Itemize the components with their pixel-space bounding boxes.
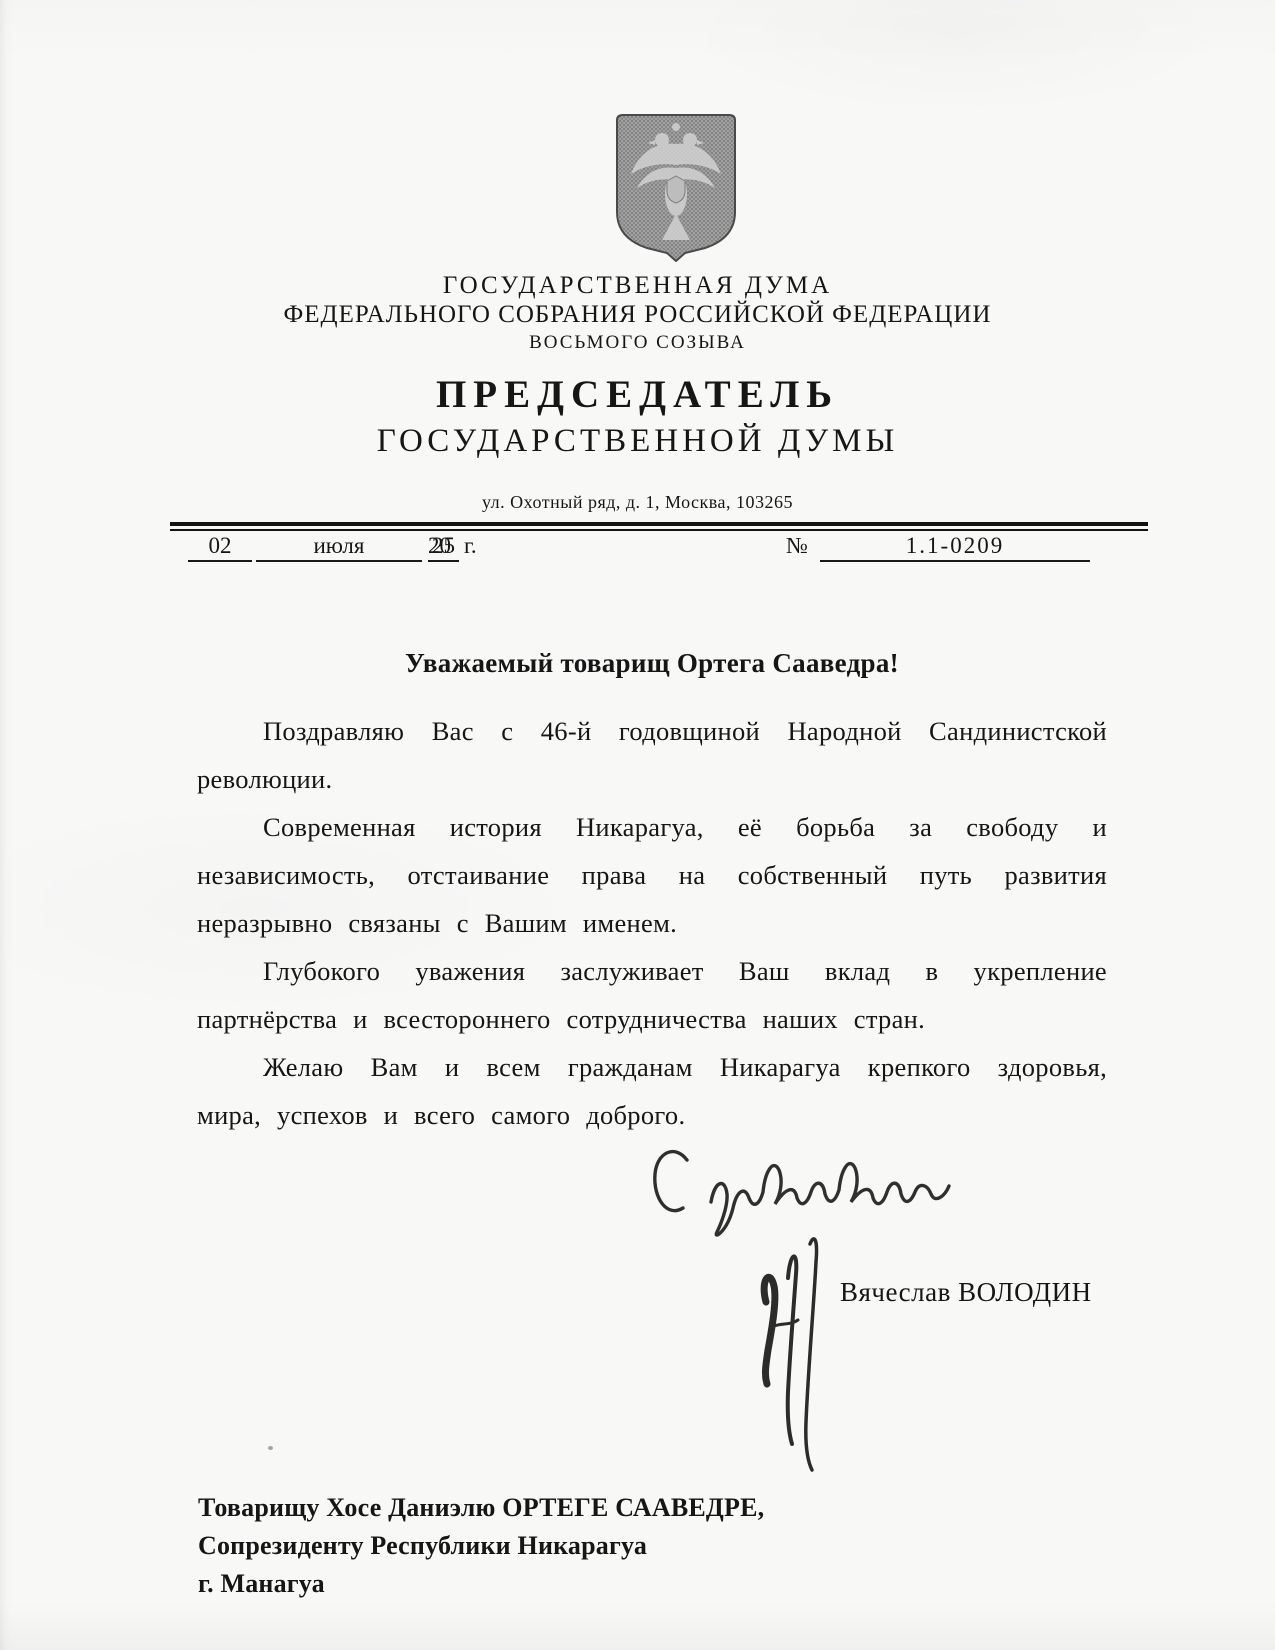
- date-month: июля: [256, 533, 422, 562]
- recipient-line1: Товарищу Хосе Даниэлю ОРТЕГЕ СААВЕДРЕ,: [198, 1489, 764, 1527]
- letter-body: Уважаемый товарищ Ортега Сааведра! Поздр…: [197, 648, 1107, 1139]
- date-year-label: г.: [464, 533, 477, 559]
- outgoing-number: 1.1-0209: [820, 533, 1090, 562]
- paragraph-3: Глубокого уважения заслуживает Ваш вклад…: [197, 947, 1107, 1043]
- paragraph-4: Желаю Вам и всем гражданам Никарагуа кре…: [197, 1043, 1107, 1139]
- coat-of-arms-emblem: [607, 112, 745, 262]
- office-title-line2: ГОСУДАРСТВЕННОЙ ДУМЫ: [0, 423, 1275, 460]
- signature-strokes-icon: [742, 1232, 837, 1477]
- date-year-group: 2025г.: [428, 533, 477, 562]
- salutation: Уважаемый товарищ Ортега Сааведра!: [197, 648, 1107, 679]
- scan-speck-artifact: [268, 1446, 273, 1450]
- org-convocation-line: ВОСЬМОГО СОЗЫВА: [0, 332, 1275, 354]
- recipient-line3: г. Манагуа: [198, 1565, 764, 1603]
- signer-name: Вячеслав ВОЛОДИН: [840, 1277, 1092, 1308]
- paragraph-1: Поздравляю Вас с 46-й годовщиной Народно…: [197, 707, 1107, 803]
- org-name-line2: ФЕДЕРАЛЬНОГО СОБРАНИЯ РОССИЙСКОЙ ФЕДЕРАЦ…: [0, 301, 1275, 329]
- recipient-block: Товарищу Хосе Даниэлю ОРТЕГЕ СААВЕДРЕ, С…: [198, 1489, 764, 1603]
- scanned-letter-page: ГОСУДАРСТВЕННАЯ ДУМА ФЕДЕРАЛЬНОГО СОБРАН…: [0, 0, 1275, 1650]
- signature-autograph: [742, 1232, 837, 1477]
- letterhead-divider-rule: [170, 522, 1148, 531]
- double-headed-eagle-shield-icon: [607, 112, 745, 262]
- paragraph-2: Современная история Никарагуа, её борьба…: [197, 803, 1107, 947]
- handwritten-closing: [535, 1142, 965, 1242]
- letterhead-address: ул. Охотный ряд, д. 1, Москва, 103265: [0, 492, 1275, 513]
- org-name-line1: ГОСУДАРСТВЕННАЯ ДУМА: [0, 272, 1275, 300]
- office-title-line1: ПРЕДСЕДАТЕЛЬ: [0, 372, 1275, 417]
- date-year-prefix: 20: [428, 533, 451, 559]
- date-day: 02: [188, 533, 252, 562]
- handwriting-closing-icon: [535, 1142, 965, 1242]
- number-sign: №: [786, 533, 816, 559]
- recipient-line2: Сопрезиденту Республики Никарагуа: [198, 1527, 764, 1565]
